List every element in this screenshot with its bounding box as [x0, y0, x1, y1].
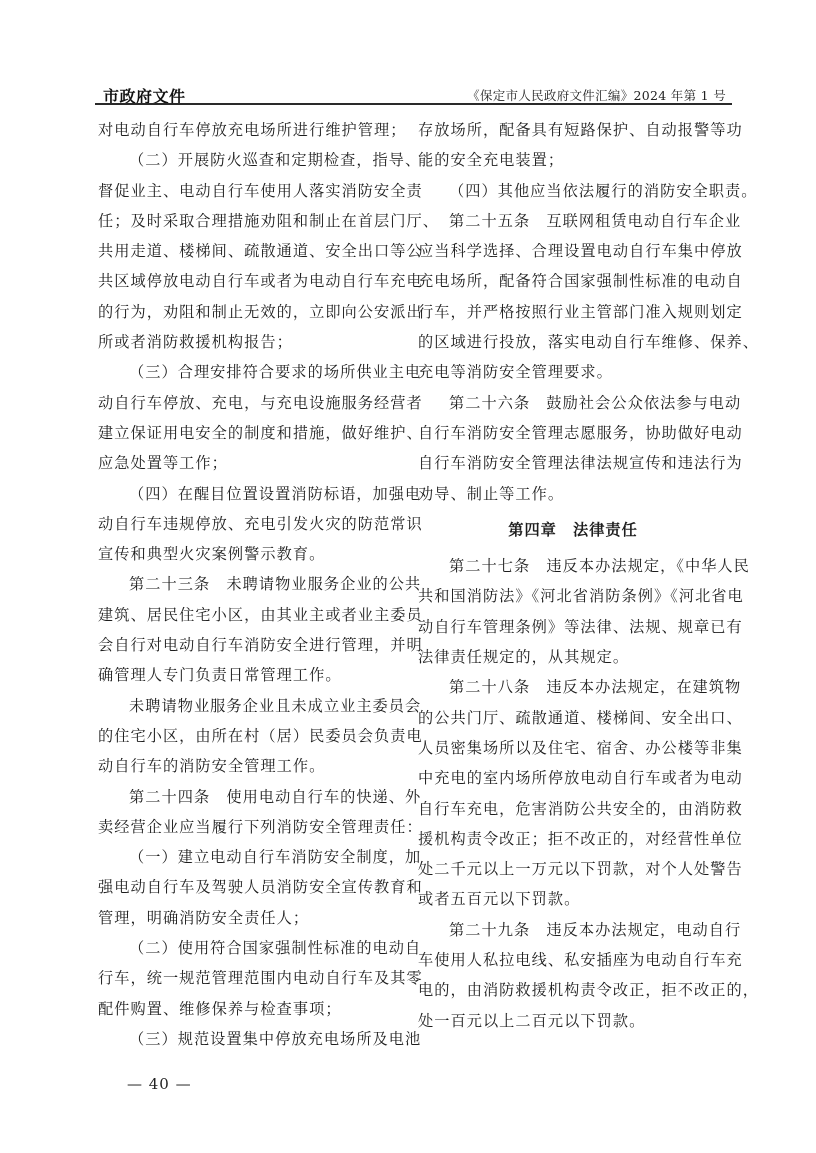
text-line: 行车，并严格按照行业主管部门准入规则划定: [418, 297, 728, 327]
paragraph: （三）合理安排符合要求的场所供业主电动自行车停放、充电，与充电设施服务经营者建立…: [98, 357, 408, 478]
text-line: 卖经营企业应当履行下列消防安全管理责任：: [98, 812, 408, 842]
text-line: 第二十五条 互联网租赁电动自行车企业: [418, 206, 728, 236]
text-line: 第二十八条 违反本办法规定，在建筑物: [418, 672, 728, 702]
text-line: 共区域停放电动自行车或者为电动自行车充电: [98, 266, 408, 296]
text-line: 的区域进行投放，落实电动自行车维修、保养、: [418, 327, 728, 357]
text-line: 人员密集场所以及住宅、宿舍、办公楼等非集: [418, 733, 728, 763]
text-line: 中充电的室内场所停放电动自行车或者为电动: [418, 763, 728, 793]
text-line: 动自行车违规停放、充电引发火灾的防范常识: [98, 509, 408, 539]
text-line: 共用走道、楼梯间、疏散通道、安全出口等公: [98, 236, 408, 266]
text-line: 共和国消防法》《河北省消防条例》《河北省电: [418, 581, 728, 611]
text-line: 动自行车的消防安全管理工作。: [98, 751, 408, 781]
text-line: 处二千元以上一万元以下罚款，对个人处警告: [418, 854, 728, 884]
text-line: 存放场所，配备具有短路保护、自动报警等功: [418, 115, 728, 145]
text-line: 第二十四条 使用电动自行车的快递、外: [98, 782, 408, 812]
right-column: 存放场所，配备具有短路保护、自动报警等功能的安全充电装置；（四）其他应当依法履行…: [418, 115, 728, 1036]
left-column: 对电动自行车停放充电场所进行维护管理；（二）开展防火巡查和定期检查，指导、督促业…: [98, 115, 408, 1054]
header-divider: [95, 103, 732, 105]
text-line: 所或者消防救援机构报告；: [98, 327, 408, 357]
text-line: 建筑、居民住宅小区，由其业主或者业主委员: [98, 600, 408, 630]
page-header: 市政府文件 《保定市人民政府文件汇编》2024 年第 1 号: [95, 84, 732, 104]
text-line: 的行为，劝阻和制止无效的，立即向公安派出: [98, 297, 408, 327]
text-line: 督促业主、电动自行车使用人落实消防安全责: [98, 176, 408, 206]
text-line: 第二十九条 违反本办法规定，电动自行: [418, 915, 728, 945]
chapter-heading: 第四章 法律责任: [418, 515, 728, 545]
text-line: 对电动自行车停放充电场所进行维护管理；: [98, 115, 408, 145]
text-line: 管理，明确消防安全责任人；: [98, 903, 408, 933]
text-line: 第二十六条 鼓励社会公众依法参与电动: [418, 388, 728, 418]
paragraph: 对电动自行车停放充电场所进行维护管理；: [98, 115, 408, 145]
text-line: 强电动自行车及驾驶人员消防安全宣传教育和: [98, 872, 408, 902]
text-line: 任；及时采取合理措施劝阻和制止在首层门厅、: [98, 206, 408, 236]
text-line: 能的安全充电装置；: [418, 145, 728, 175]
text-line: 应当科学选择、合理设置电动自行车集中停放: [418, 236, 728, 266]
text-line: 劝导、制止等工作。: [418, 479, 728, 509]
text-line: 动自行车管理条例》等法律、法规、规章已有: [418, 612, 728, 642]
paragraph: （二）开展防火巡查和定期检查，指导、督促业主、电动自行车使用人落实消防安全责任；…: [98, 145, 408, 357]
text-line: （三）合理安排符合要求的场所供业主电: [98, 357, 408, 387]
text-line: 自行车消防安全管理法律法规宣传和违法行为: [418, 448, 728, 478]
text-line: （三）规范设置集中停放充电场所及电池: [98, 1024, 408, 1054]
text-line: 援机构责令改正；拒不改正的，对经营性单位: [418, 824, 728, 854]
paragraph: 第二十七条 违反本办法规定，《中华人民共和国消防法》《河北省消防条例》《河北省电…: [418, 551, 728, 672]
text-line: 配件购置、维修保养与检查事项；: [98, 994, 408, 1024]
text-line: 确管理人专门负责日常管理工作。: [98, 660, 408, 690]
text-line: 自行车消防安全管理志愿服务，协助做好电动: [418, 418, 728, 448]
text-line: 充电场所，配备符合国家强制性标准的电动自: [418, 266, 728, 296]
text-line: 应急处置等工作；: [98, 448, 408, 478]
text-line: 或者五百元以下罚款。: [418, 884, 728, 914]
paragraph: 存放场所，配备具有短路保护、自动报警等功能的安全充电装置；: [418, 115, 728, 176]
paragraph: 第二十五条 互联网租赁电动自行车企业应当科学选择、合理设置电动自行车集中停放充电…: [418, 206, 728, 388]
text-line: （二）使用符合国家强制性标准的电动自: [98, 933, 408, 963]
paragraph: （二）使用符合国家强制性标准的电动自行车，统一规范管理范围内电动自行车及其零配件…: [98, 933, 408, 1024]
text-line: 动自行车停放、充电，与充电设施服务经营者: [98, 388, 408, 418]
text-line: （四）其他应当依法履行的消防安全职责。: [418, 176, 728, 206]
text-line: 电的，由消防救援机构责令改正，拒不改正的，: [418, 975, 728, 1005]
page-number: — 40 —: [127, 1075, 192, 1093]
publication-title: 《保定市人民政府文件汇编》2024 年第 1 号: [467, 86, 726, 104]
paragraph: （三）规范设置集中停放充电场所及电池: [98, 1024, 408, 1054]
paragraph: 第二十六条 鼓励社会公众依法参与电动自行车消防安全管理志愿服务，协助做好电动自行…: [418, 388, 728, 509]
text-line: 会自行对电动自行车消防安全进行管理，并明: [98, 630, 408, 660]
text-line: 的公共门厅、疏散通道、楼梯间、安全出口、: [418, 703, 728, 733]
text-line: 自行车充电，危害消防公共安全的，由消防救: [418, 794, 728, 824]
text-line: 车使用人私拉电线、私安插座为电动自行车充: [418, 945, 728, 975]
paragraph: （四）在醒目位置设置消防标语，加强电动自行车违规停放、充电引发火灾的防范常识宣传…: [98, 479, 408, 570]
text-line: 第二十七条 违反本办法规定，《中华人民: [418, 551, 728, 581]
text-line: 法律责任规定的，从其规定。: [418, 642, 728, 672]
text-line: 第二十三条 未聘请物业服务企业的公共: [98, 569, 408, 599]
text-line: （二）开展防火巡查和定期检查，指导、: [98, 145, 408, 175]
text-line: 建立保证用电安全的制度和措施，做好维护、: [98, 418, 408, 448]
text-line: 未聘请物业服务企业且未成立业主委员会: [98, 691, 408, 721]
paragraph: 未聘请物业服务企业且未成立业主委员会的住宅小区，由所在村（居）民委员会负责电动自…: [98, 691, 408, 782]
text-line: 处一百元以上二百元以下罚款。: [418, 1006, 728, 1036]
paragraph: （一）建立电动自行车消防安全制度，加强电动自行车及驾驶人员消防安全宣传教育和管理…: [98, 842, 408, 933]
paragraph: 第二十三条 未聘请物业服务企业的公共建筑、居民住宅小区，由其业主或者业主委员会自…: [98, 569, 408, 690]
paragraph: 第二十八条 违反本办法规定，在建筑物的公共门厅、疏散通道、楼梯间、安全出口、人员…: [418, 672, 728, 914]
paragraph: （四）其他应当依法履行的消防安全职责。: [418, 176, 728, 206]
text-line: 行车，统一规范管理范围内电动自行车及其零: [98, 963, 408, 993]
text-line: （一）建立电动自行车消防安全制度，加: [98, 842, 408, 872]
text-line: （四）在醒目位置设置消防标语，加强电: [98, 479, 408, 509]
paragraph: 第二十四条 使用电动自行车的快递、外卖经营企业应当履行下列消防安全管理责任：: [98, 782, 408, 843]
text-line: 充电等消防安全管理要求。: [418, 357, 728, 387]
text-line: 宣传和典型火灾案例警示教育。: [98, 539, 408, 569]
text-line: 的住宅小区，由所在村（居）民委员会负责电: [98, 721, 408, 751]
paragraph: 第二十九条 违反本办法规定，电动自行车使用人私拉电线、私安插座为电动自行车充电的…: [418, 915, 728, 1036]
